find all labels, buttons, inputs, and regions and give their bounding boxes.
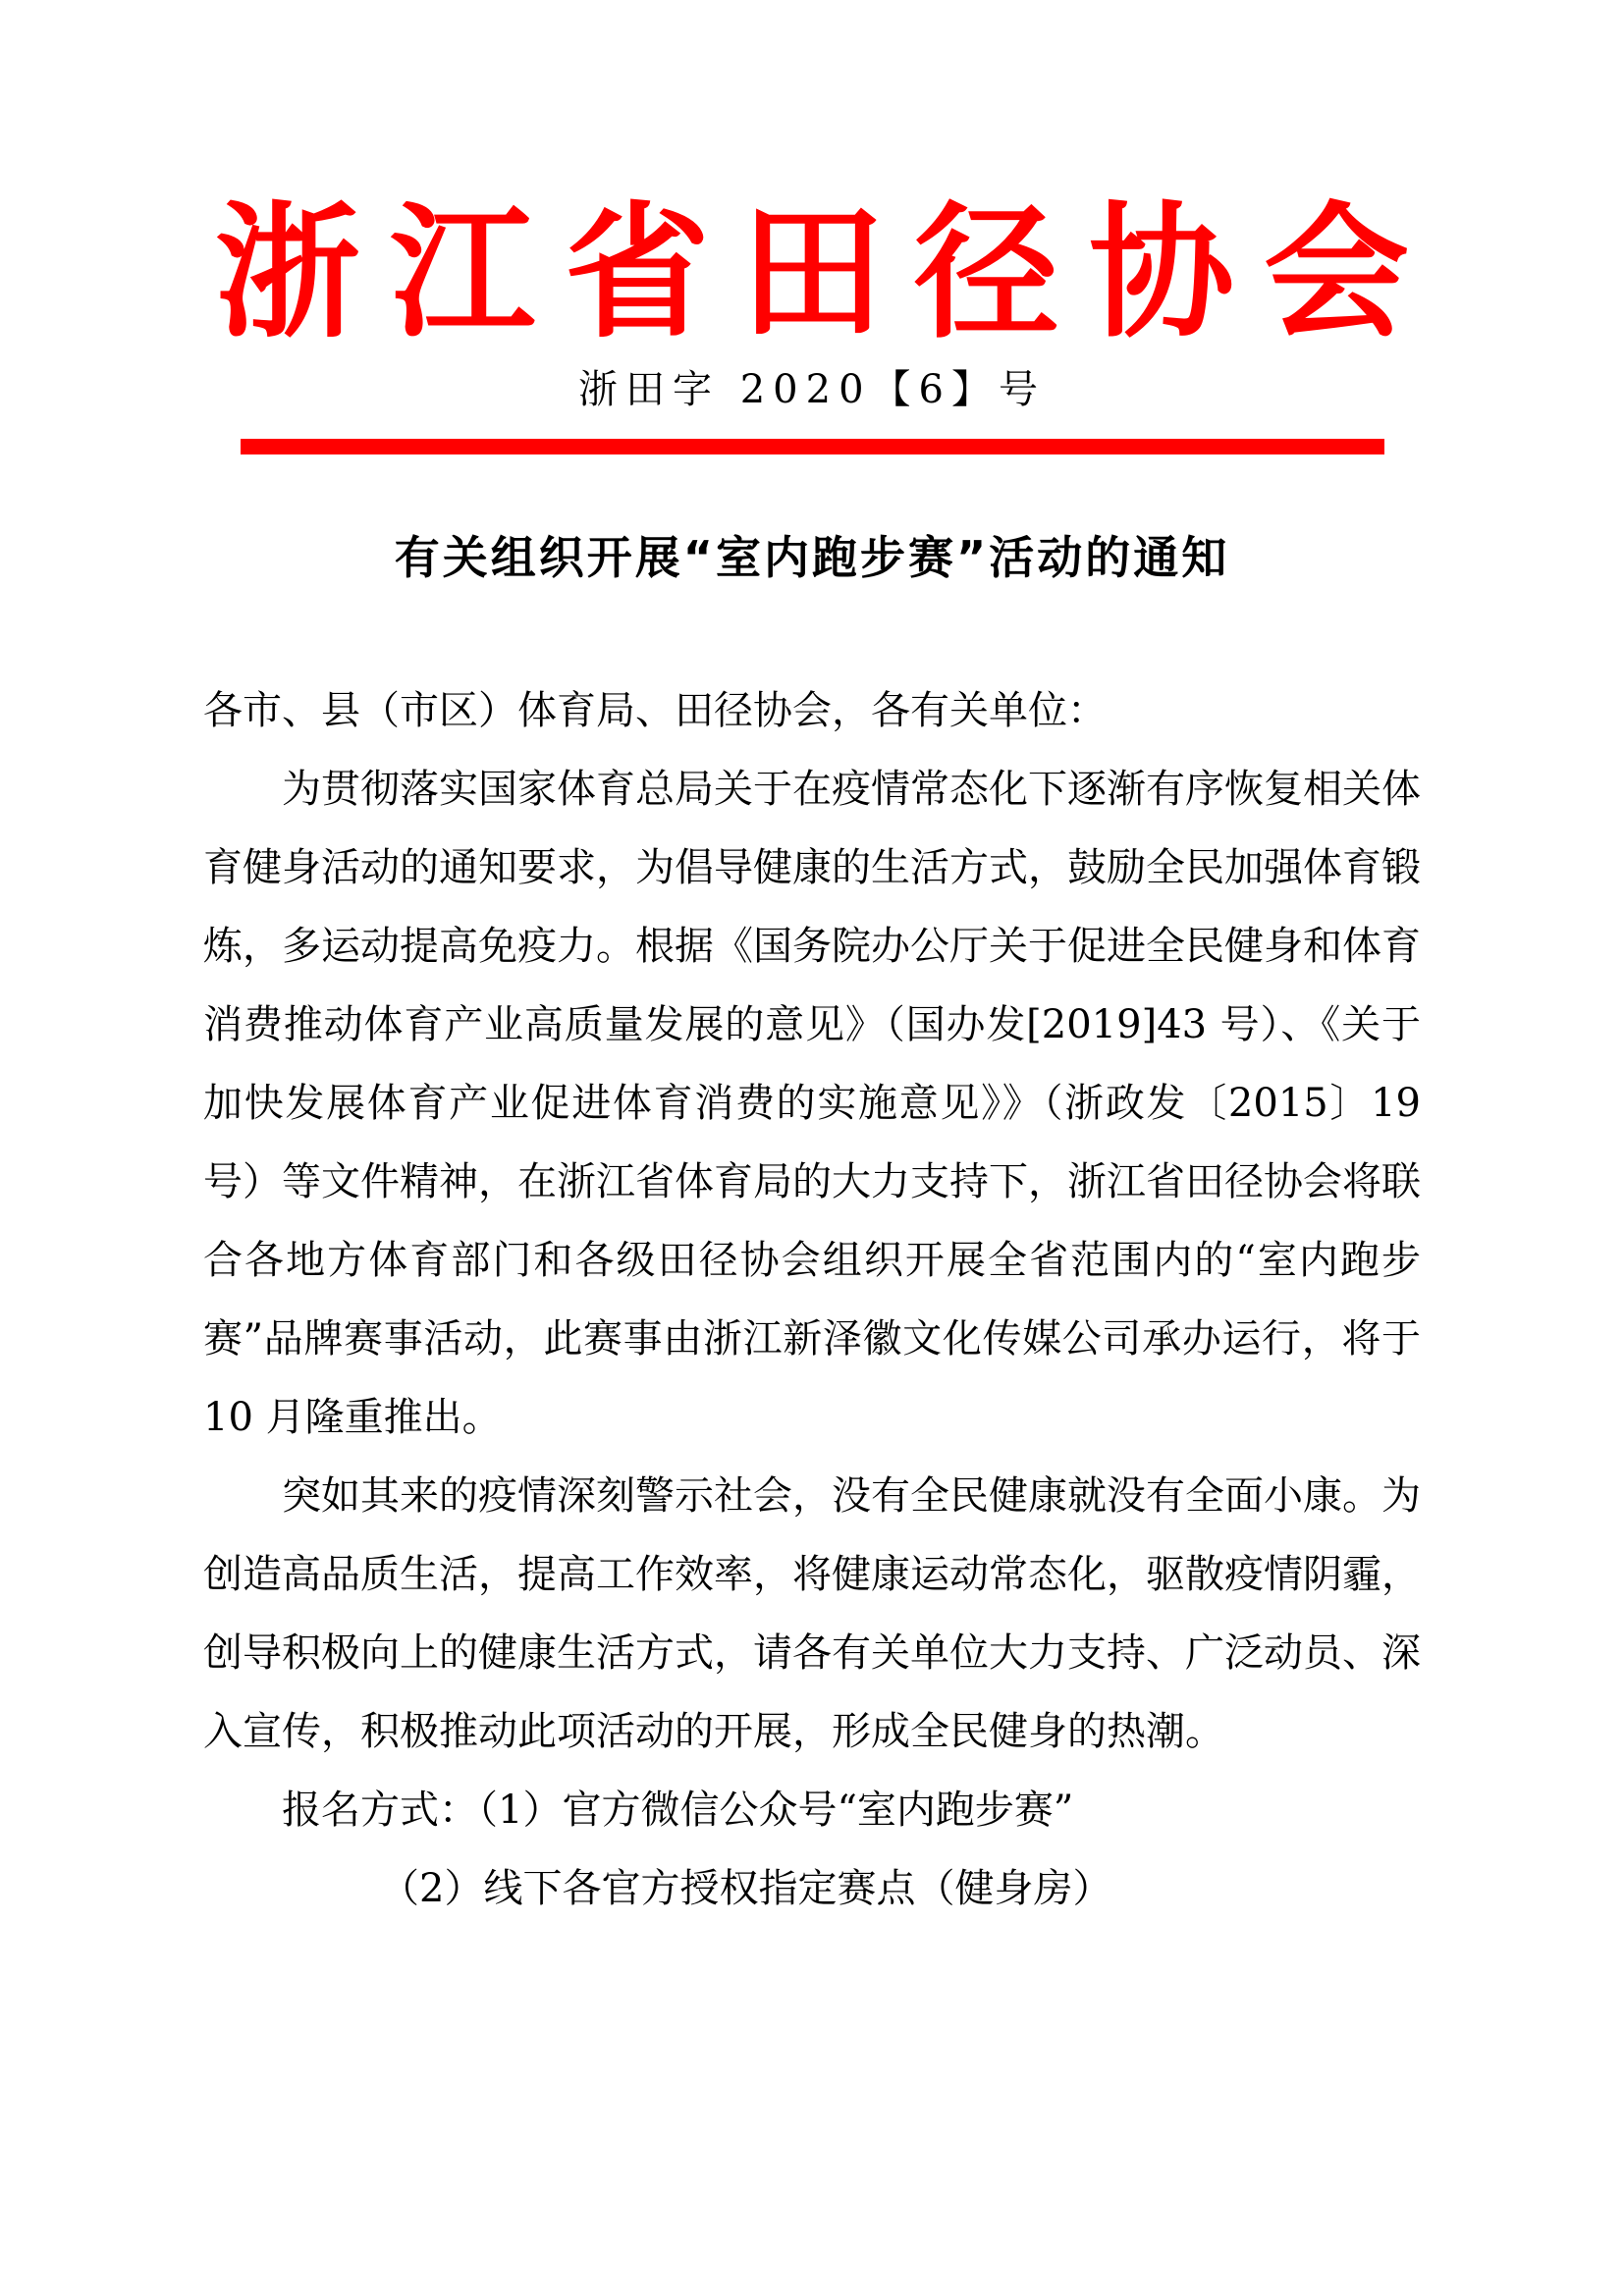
paragraph-2: 突如其来的疫情深刻警示社会，没有全民健康就没有全面小康。为创造高品质生活，提高工… [203, 1457, 1421, 1771]
official-notice-page: 浙江省田径协会 浙田字 2020【6】号 有关组织开展“室内跑步赛”活动的通知 … [0, 0, 1624, 2296]
paragraph-1: 为贯彻落实国家体育总局关于在疫情常态化下逐渐有序恢复相关体育健身活动的通知要求，… [203, 750, 1421, 1457]
signup-method-line-2: （2）线下各官方授权指定赛点（健身房） [380, 1849, 1421, 1928]
salutation-line: 各市、县（市区）体育局、田径协会，各有关单位： [203, 671, 1421, 750]
notice-body: 各市、县（市区）体育局、田径协会，各有关单位： 为贯彻落实国家体育总局关于在疫情… [203, 671, 1421, 1928]
organization-title: 浙江省田径协会 [0, 192, 1624, 352]
red-header-divider [241, 439, 1384, 454]
document-number: 浙田字 2020【6】号 [0, 366, 1624, 413]
notice-title: 有关组织开展“室内跑步赛”活动的通知 [0, 531, 1624, 585]
signup-method-line-1: 报名方式：（1）官方微信公众号“室内跑步赛” [203, 1771, 1421, 1849]
